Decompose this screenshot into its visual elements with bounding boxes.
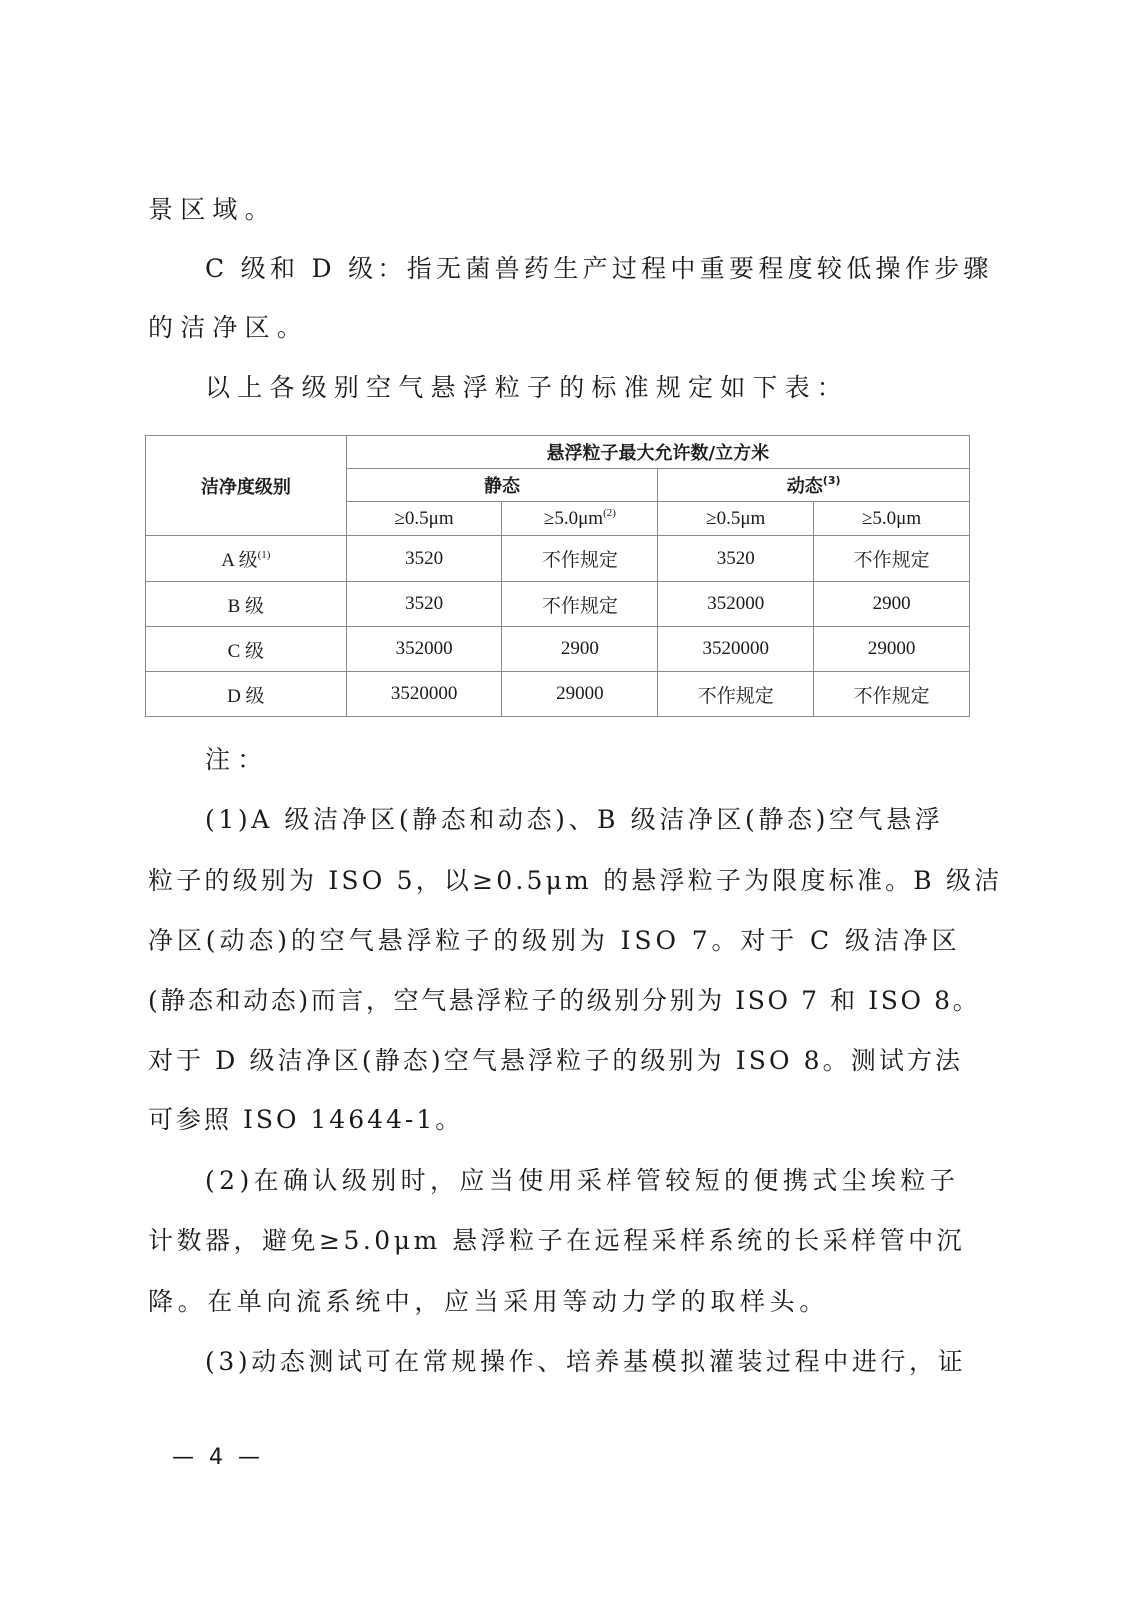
value-cell: 352000: [658, 582, 814, 627]
note-line: 净区(动态)的空气悬浮粒子的级别为 ISO 7。对于 C 级洁净区: [148, 926, 961, 956]
value-cell: 352000: [346, 627, 502, 672]
note-line: 降。在单向流系统中，应当采用等动力学的取样头。: [148, 1287, 829, 1317]
subheader: ≥0.5μm: [658, 502, 814, 536]
note-line: (静态和动态)而言，空气悬浮粒子的级别分别为 ISO 7 和 ISO 8。: [148, 986, 980, 1016]
header-static: 静态: [346, 469, 658, 502]
notes-title: 注：: [205, 745, 269, 775]
value-cell: 3520000: [346, 672, 502, 717]
header-max-count: 悬浮粒子最大允许数/立方米: [346, 436, 969, 469]
note-line: 可参照 ISO 14644-1。: [148, 1105, 463, 1135]
value-cell: 29000: [502, 672, 658, 717]
subheader: ≥5.0μm: [814, 502, 970, 536]
value-cell: 3520: [346, 536, 502, 582]
note-line: (3)动态测试可在常规操作、培养基模拟灌装过程中进行，证: [205, 1347, 966, 1377]
value-cell: 不作规定: [814, 536, 970, 582]
table-row: B 级 3520 不作规定 352000 2900: [146, 582, 970, 627]
value-cell: 3520000: [658, 627, 814, 672]
grade-cell: B 级: [146, 582, 347, 627]
paragraph-line: 景区域。: [148, 195, 277, 225]
grade-cell: C 级: [146, 627, 347, 672]
value-cell: 3520: [346, 582, 502, 627]
note-line: 计数器，避免≥5.0μm 悬浮粒子在远程采样系统的长采样管中沉: [148, 1226, 965, 1256]
value-cell: 29000: [814, 627, 970, 672]
table-row: A 级(1) 3520 不作规定 3520 不作规定: [146, 536, 970, 582]
value-cell: 不作规定: [502, 536, 658, 582]
paragraph-line: C 级和 D 级：指无菌兽药生产过程中重要程度较低操作步骤: [205, 254, 993, 284]
value-cell: 不作规定: [502, 582, 658, 627]
table-row: D 级 3520000 29000 不作规定 不作规定: [146, 672, 970, 717]
subheader: ≥5.0μm(2): [502, 502, 658, 536]
note-line: (1)A 级洁净区(静态和动态)、B 级洁净区(静态)空气悬浮: [205, 805, 943, 835]
value-cell: 不作规定: [814, 672, 970, 717]
header-dynamic: 动态(3): [658, 469, 970, 502]
header-grade: 洁净度级别: [146, 436, 347, 536]
note-line: 粒子的级别为 ISO 5，以≥0.5μm 的悬浮粒子为限度标准。B 级洁: [148, 866, 1002, 896]
paragraph-line: 的洁净区。: [148, 313, 309, 343]
value-cell: 2900: [814, 582, 970, 627]
value-cell: 2900: [502, 627, 658, 672]
page-number: — 4 —: [172, 1445, 264, 1470]
particle-limit-table: 洁净度级别 悬浮粒子最大允许数/立方米 静态 动态(3) ≥0.5μm ≥5.0…: [145, 435, 970, 717]
paragraph-line: 以上各级别空气悬浮粒子的标准规定如下表：: [205, 373, 849, 403]
subheader: ≥0.5μm: [346, 502, 502, 536]
value-cell: 3520: [658, 536, 814, 582]
table-row: C 级 352000 2900 3520000 29000: [146, 627, 970, 672]
grade-cell: D 级: [146, 672, 347, 717]
note-line: (2)在确认级别时，应当使用采样管较短的便携式尘埃粒子: [205, 1166, 959, 1196]
grade-cell: A 级(1): [146, 536, 347, 582]
note-line: 对于 D 级洁净区(静态)空气悬浮粒子的级别为 ISO 8。测试方法: [148, 1046, 963, 1076]
value-cell: 不作规定: [658, 672, 814, 717]
